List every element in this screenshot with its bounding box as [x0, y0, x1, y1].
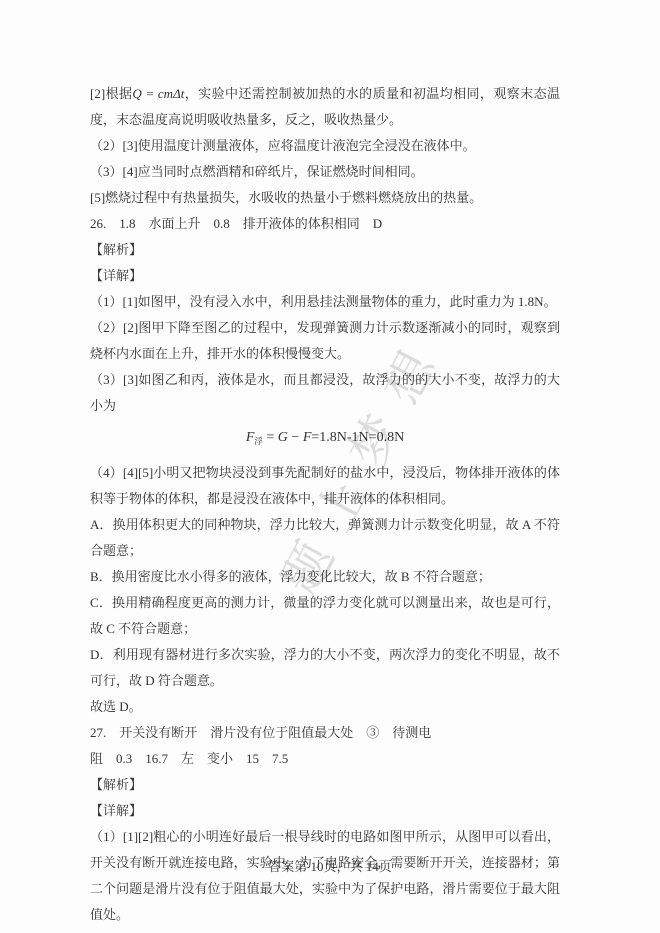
page-footer: 答案第 10页，共 14页: [0, 856, 660, 875]
q26-answer-line: 26. 1.8 水面上升 0.8 排开液体的体积相同 D: [90, 211, 560, 237]
q27-answer-line-1: 27. 开关没有断开 滑片没有位于阻值最大处 ③ 待测电: [90, 720, 560, 746]
formula-G: G: [278, 430, 288, 445]
q27-answer-line-2: 阻 0.3 16.7 左 变小 15 7.5: [90, 746, 560, 772]
formula-subscript-fu: 浮: [254, 436, 263, 446]
q26-jiexi-heading: 【解析】: [90, 237, 560, 263]
q26-detail-4: （4）[4][5]小明又把物块浸没到事先配制好的盐水中，浸没后，物体排开液体的体…: [90, 460, 560, 512]
q25-p2-inline-formula: Q = cmΔt: [132, 86, 184, 101]
q26-buoyancy-formula: F浮 = G − F=1.8N-1N=0.8N: [90, 425, 560, 454]
q26-detail-2: （2）[2]图甲下降至图乙的过程中，发现弹簧测力计示数逐渐减小的同时，观察到烧杯…: [90, 315, 560, 367]
q25-note5-paragraph: [5]燃烧过程中有热量损失，水吸收的热量小于燃料燃烧放出的热量。: [90, 185, 560, 211]
q26-option-a: A．换用体积更大的同种物块，浮力比较大，弹簧测力计示数变化明显，故 A 不符合题…: [90, 512, 560, 564]
q26-option-d: D．利用现有器材进行多次实验，浮力的大小不变，两次浮力的变化不明显，故不可行，故…: [90, 642, 560, 694]
q25-step3-paragraph: （3）[4]应当同时点燃酒精和碎纸片，保证燃烧时间相同。: [90, 159, 560, 185]
formula-result: =1.8N-1N=0.8N: [311, 430, 404, 445]
q25-explanation-paragraph-2: [2]根据Q = cmΔt，实验中还需控制被加热的水的质量和初温均相同，观察末态…: [90, 81, 560, 133]
q25-p2-prefix: [2]根据: [90, 86, 132, 101]
document-page: 题上梦想 [2]根据Q = cmΔt，实验中还需控制被加热的水的质量和初温均相同…: [0, 0, 660, 933]
q27-detail-1: （1）[1][2]粗心的小明连好最后一根导线时的电路如图甲所示，从图甲可以看出，…: [90, 824, 560, 928]
q26-option-b: B．换用密度比水小得多的液体，浮力变化比较大，故 B 不符合题意；: [90, 564, 560, 590]
q27-xiangjie-heading: 【详解】: [90, 798, 560, 824]
answer-sheet-content: [2]根据Q = cmΔt，实验中还需控制被加热的水的质量和初温均相同，观察末态…: [90, 81, 560, 928]
q26-detail-3: （3）[3]如图乙和丙，液体是水，而且都浸没，故浮力的的大小不变，故浮力的大小为: [90, 367, 560, 419]
q26-option-c: C．换用精确程度更高的测力计，微量的浮力变化就可以测量出来，故也是可行，故 C …: [90, 590, 560, 642]
formula-minus: −: [288, 430, 303, 445]
q27-jiexi-heading: 【解析】: [90, 772, 560, 798]
q26-xiangjie-heading: 【详解】: [90, 263, 560, 289]
q25-step2-paragraph: （2）[3]使用温度计测量液体，应将温度计液泡完全浸没在液体中。: [90, 133, 560, 159]
q26-conclusion: 故选 D。: [90, 694, 560, 720]
q26-detail-1: （1）[1]如图甲，没有浸入水中，利用悬挂法测量物体的重力，此时重力为 1.8N…: [90, 289, 560, 315]
formula-equals: =: [263, 430, 278, 445]
